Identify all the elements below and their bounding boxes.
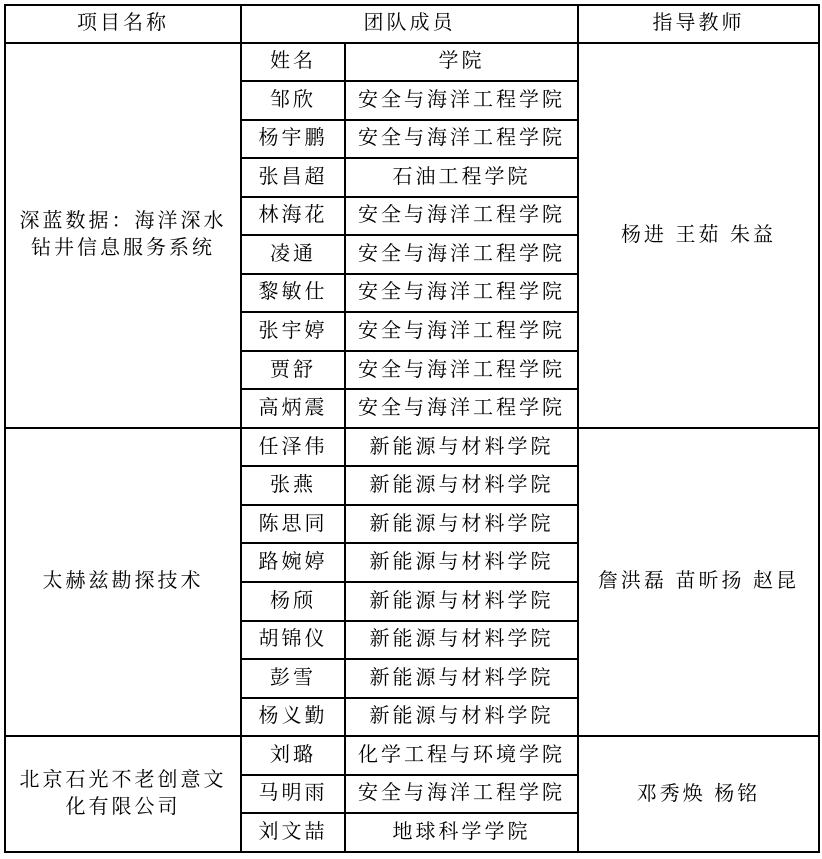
member-college-cell: 地球科学学院 (345, 813, 578, 852)
project-name-line: 太赫兹勘探技术 (8, 568, 238, 595)
project-name-cell: 北京石光不老创意文 化有限公司 (5, 736, 241, 852)
member-name-cell: 胡锦仪 (241, 621, 345, 660)
member-name-cell: 杨义勤 (241, 698, 345, 737)
project-name-cell: 深蓝数据：海洋深水 钻井信息服务系统 (5, 43, 241, 428)
advisors-cell: 詹洪磊 苗昕扬 赵昆 (578, 428, 819, 736)
member-name-cell: 张昌超 (241, 158, 345, 197)
member-college-cell: 新能源与材料学院 (345, 698, 578, 737)
member-row: 北京石光不老创意文 化有限公司 刘璐 化学工程与环境学院 邓秀焕 杨铭 (5, 736, 819, 775)
member-name-cell: 黎敏仕 (241, 274, 345, 313)
member-name-cell: 杨宇鹏 (241, 120, 345, 159)
subheader-row: 深蓝数据：海洋深水 钻井信息服务系统 姓名 学院 杨进 王茹 朱益 (5, 43, 819, 82)
member-college-cell: 石油工程学院 (345, 158, 578, 197)
member-row: 太赫兹勘探技术 任泽伟 新能源与材料学院 詹洪磊 苗昕扬 赵昆 (5, 428, 819, 467)
member-college-cell: 新能源与材料学院 (345, 428, 578, 467)
project-name-line: 钻井信息服务系统 (8, 235, 238, 262)
project-name-line: 北京石光不老创意文 (8, 767, 238, 794)
member-college-cell: 安全与海洋工程学院 (345, 389, 578, 428)
project-name-cell: 太赫兹勘探技术 (5, 428, 241, 736)
member-name-cell: 路婉婷 (241, 543, 345, 582)
member-college-cell: 安全与海洋工程学院 (345, 120, 578, 159)
member-name-cell: 张宇婷 (241, 312, 345, 351)
member-college-cell: 新能源与材料学院 (345, 466, 578, 505)
subheader-college: 学院 (345, 43, 578, 82)
member-college-cell: 新能源与材料学院 (345, 582, 578, 621)
table-header-row: 项目名称 团队成员 指导教师 (5, 5, 819, 43)
member-name-cell: 陈思同 (241, 505, 345, 544)
member-college-cell: 新能源与材料学院 (345, 505, 578, 544)
member-name-cell: 马明雨 (241, 775, 345, 814)
member-name-cell: 贾舒 (241, 351, 345, 390)
member-name-cell: 刘文喆 (241, 813, 345, 852)
member-college-cell: 新能源与材料学院 (345, 659, 578, 698)
member-name-cell: 林海花 (241, 197, 345, 236)
member-name-cell: 刘璐 (241, 736, 345, 775)
header-project-name: 项目名称 (5, 5, 241, 43)
member-college-cell: 安全与海洋工程学院 (345, 235, 578, 274)
member-name-cell: 任泽伟 (241, 428, 345, 467)
member-name-cell: 高炳震 (241, 389, 345, 428)
project-roster-table: 项目名称 团队成员 指导教师 深蓝数据：海洋深水 钻井信息服务系统 姓名 学院 … (4, 4, 820, 853)
advisors-cell: 杨进 王茹 朱益 (578, 43, 819, 428)
header-advisors: 指导教师 (578, 5, 819, 43)
member-college-cell: 新能源与材料学院 (345, 621, 578, 660)
project-name-line: 化有限公司 (8, 794, 238, 821)
member-name-cell: 凌通 (241, 235, 345, 274)
subheader-name: 姓名 (241, 43, 345, 82)
member-name-cell: 张燕 (241, 466, 345, 505)
member-college-cell: 安全与海洋工程学院 (345, 351, 578, 390)
member-college-cell: 安全与海洋工程学院 (345, 197, 578, 236)
member-name-cell: 彭雪 (241, 659, 345, 698)
project-roster-table-container: 项目名称 团队成员 指导教师 深蓝数据：海洋深水 钻井信息服务系统 姓名 学院 … (0, 0, 822, 857)
header-team-members: 团队成员 (241, 5, 578, 43)
project-name-line: 深蓝数据：海洋深水 (8, 208, 238, 235)
member-college-cell: 安全与海洋工程学院 (345, 312, 578, 351)
member-college-cell: 安全与海洋工程学院 (345, 274, 578, 313)
member-college-cell: 安全与海洋工程学院 (345, 775, 578, 814)
member-name-cell: 邹欣 (241, 81, 345, 120)
member-college-cell: 化学工程与环境学院 (345, 736, 578, 775)
advisors-cell: 邓秀焕 杨铭 (578, 736, 819, 852)
member-name-cell: 杨颀 (241, 582, 345, 621)
member-college-cell: 安全与海洋工程学院 (345, 81, 578, 120)
member-college-cell: 新能源与材料学院 (345, 543, 578, 582)
